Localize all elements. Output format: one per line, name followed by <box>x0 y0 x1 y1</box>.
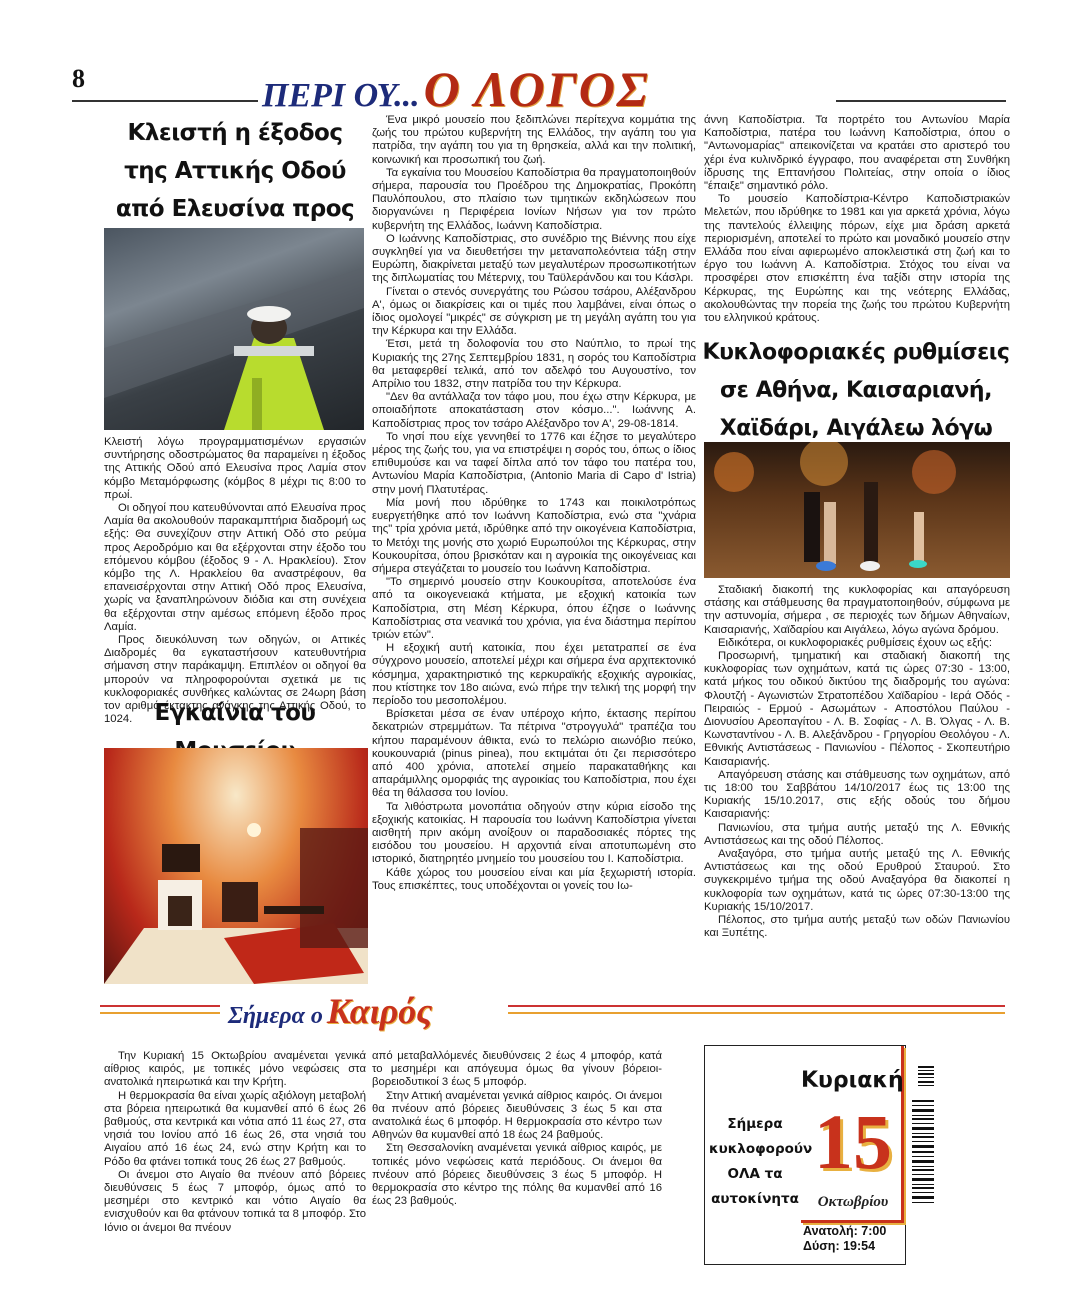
traffic-message: Σήμερα κυκλοφορούν ΟΛΑ τα αυτοκίνητα <box>709 1112 801 1212</box>
weather-title: Σήμερα ο Καιρός <box>228 990 432 1032</box>
weather-rule-left <box>100 1005 220 1014</box>
masthead-title-main: Ο ΛΟΓΟΣ <box>424 61 650 117</box>
police-officer-illustration <box>104 228 364 430</box>
photo-road-race <box>704 442 1010 578</box>
weather-col2: από μεταβαλλόμενές διευθύνσεις 2 έως 4 μ… <box>372 1050 662 1208</box>
masthead-title: ΠΕΡΙ ΟΥ... Ο ΛΟΓΟΣ <box>262 60 650 118</box>
photo-police-highway <box>104 228 364 430</box>
masthead-rule-right <box>836 100 1006 102</box>
weather-section-header: Σήμερα ο Καιρός <box>100 996 1005 1020</box>
sunset-time: Δύση: 19:54 <box>803 1239 886 1254</box>
weather-title-main: Καιρός <box>327 991 432 1031</box>
weather-title-prefix: Σήμερα ο <box>228 1003 323 1029</box>
article-museum-col3: άννη Καποδίστρια. Τα πορτρέτο του Αντωνί… <box>704 114 1010 325</box>
barcode-icon <box>912 1066 934 1226</box>
masthead-title-prefix: ΠΕΡΙ ΟΥ... <box>262 77 420 114</box>
sunrise-time: Ανατολή: 7:00 <box>803 1224 886 1239</box>
date-box: Κυριακή 15 Οκτωβρίου Σήμερα κυκλοφορούν … <box>704 1045 906 1265</box>
month-name: Οκτωβρίου <box>805 1194 901 1211</box>
page-number: 8 <box>72 64 85 94</box>
barcode <box>912 1066 934 1226</box>
article-museum-col2: Ένα μικρό μουσείο που ξεδιπλώνει περίτεχ… <box>372 114 696 893</box>
weather-rule-right <box>508 1005 1005 1014</box>
day-number: 15 <box>805 1100 901 1184</box>
weather-col1: Την Κυριακή 15 Οκτωβρίου αναμένεται γενι… <box>104 1050 366 1235</box>
photo-museum-room <box>104 748 368 984</box>
article-attiki-body: Κλειστή λόγω προγραμματισμένων εργασιών … <box>104 436 366 726</box>
day-name: Κυριακή <box>801 1068 889 1093</box>
sun-times: Ανατολή: 7:00 Δύση: 19:54 <box>803 1224 886 1254</box>
runners-illustration <box>704 442 1010 578</box>
article-traffic-body: Σταδιακή διακοπή της κυκλοφορίας και απα… <box>704 584 1010 940</box>
masthead-rule-left <box>72 100 258 102</box>
museum-room-illustration <box>104 748 368 984</box>
